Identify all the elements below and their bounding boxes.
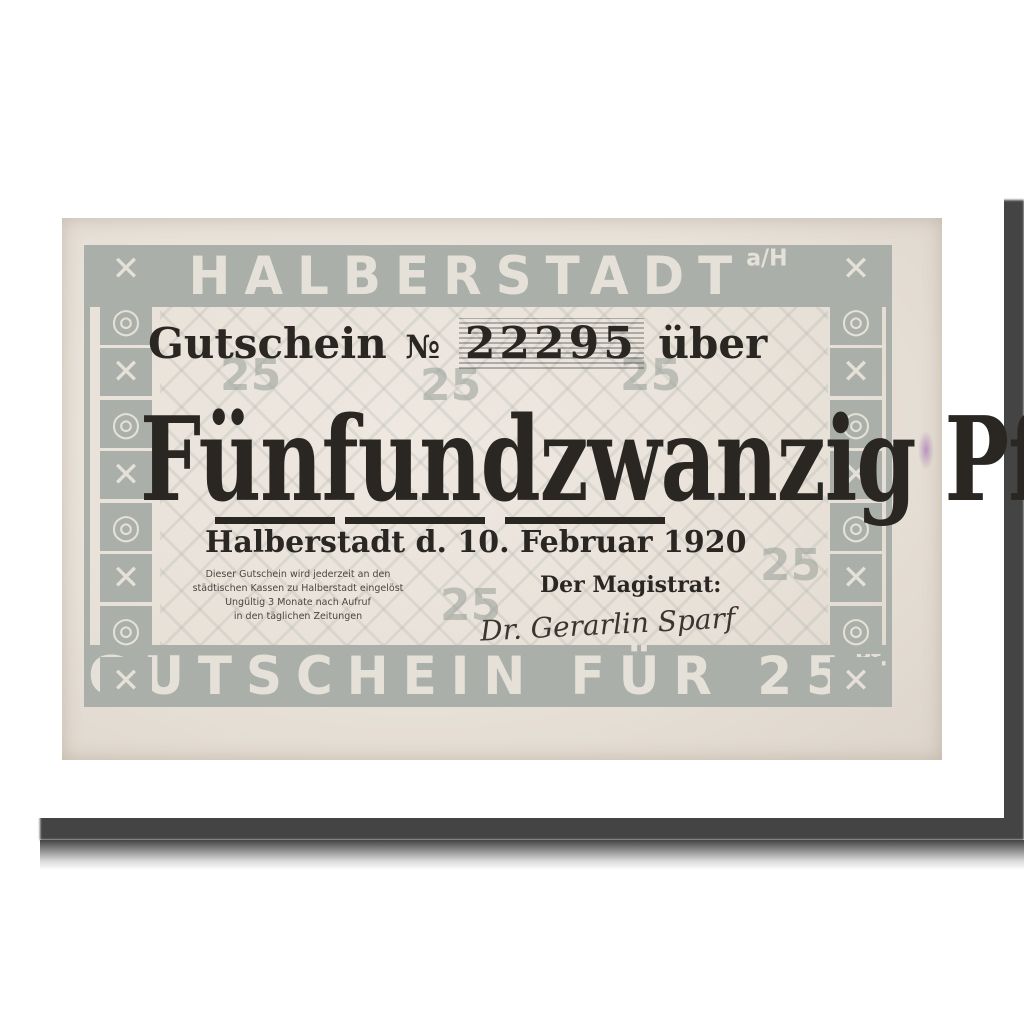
issuer-label: Der Magistrat: bbox=[540, 572, 721, 598]
voucher-header-line: Gutschein № 22295 über bbox=[148, 318, 767, 369]
cross-ornament-icon: ✕ bbox=[100, 554, 152, 602]
underprint-denomination: 25 bbox=[760, 540, 821, 591]
cross-ornament-icon: ✕ bbox=[830, 657, 882, 705]
voucher-word: Gutschein bbox=[148, 319, 387, 368]
cross-ornament-icon: ✕ bbox=[100, 348, 152, 396]
ring-ornament-icon: ◎ bbox=[830, 606, 882, 654]
redemption-terms: Dieser Gutschein wird jederzeit an den s… bbox=[168, 568, 428, 624]
cross-ornament-icon: ✕ bbox=[830, 245, 882, 293]
issue-date-line: Halberstadt d. 10. Februar 1920 bbox=[205, 525, 747, 560]
city-title-text: HALBERSTADT bbox=[188, 246, 746, 307]
amount-underline bbox=[505, 517, 665, 524]
city-suffix: a/H bbox=[746, 246, 787, 272]
bottom-band: GUTSCHEIN FÜR 25Pf. bbox=[84, 645, 892, 707]
terms-line: städtischen Kassen zu Halberstadt eingel… bbox=[168, 582, 428, 596]
terms-line: Dieser Gutschein wird jederzeit an den bbox=[168, 568, 428, 582]
terms-line: in den täglichen Zeitungen bbox=[168, 610, 428, 624]
ring-ornament-icon: ◎ bbox=[100, 297, 152, 345]
serial-number: 22295 bbox=[459, 318, 644, 369]
drop-shadow-fade bbox=[40, 840, 1024, 870]
voucher-value-text: GUTSCHEIN FÜR 25 bbox=[88, 646, 855, 707]
ring-ornament-icon: ◎ bbox=[100, 606, 152, 654]
voucher-value-title: GUTSCHEIN FÜR 25Pf. bbox=[88, 646, 887, 707]
top-band: HALBERSTADTa/H bbox=[84, 245, 892, 307]
cross-ornament-icon: ✕ bbox=[830, 554, 882, 602]
header-suffix: über bbox=[659, 319, 768, 368]
amount-underline bbox=[345, 517, 485, 524]
city-title: HALBERSTADTa/H bbox=[188, 246, 787, 307]
amount-underline bbox=[215, 517, 335, 524]
cross-ornament-icon: ✕ bbox=[100, 657, 152, 705]
number-sign: № bbox=[405, 328, 440, 366]
terms-line: Ungültig 3 Monate nach Aufruf bbox=[168, 596, 428, 610]
amount-in-words: Fünfundzwanzig Pfg bbox=[140, 392, 1024, 528]
cross-ornament-icon: ✕ bbox=[830, 348, 882, 396]
cross-ornament-icon: ✕ bbox=[100, 245, 152, 293]
ring-ornament-icon: ◎ bbox=[830, 297, 882, 345]
